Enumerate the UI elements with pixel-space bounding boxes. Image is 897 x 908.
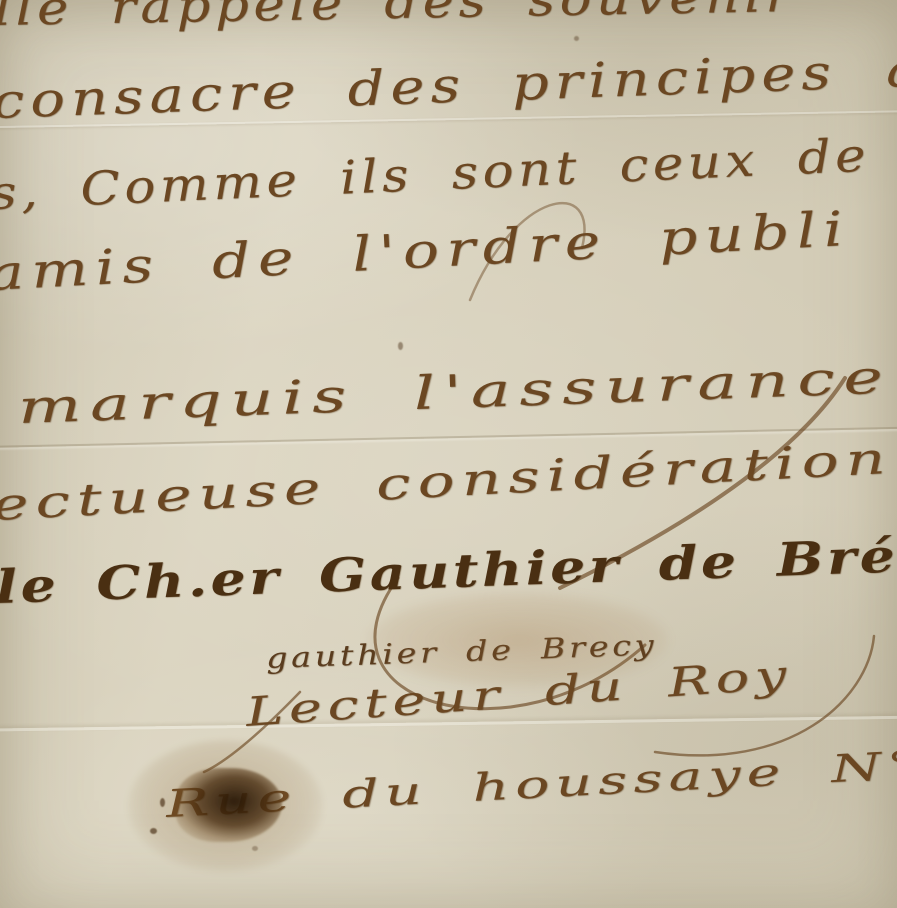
handwriting-line-1: lle rappele des souvenir — [0, 0, 796, 36]
handwriting-line-4: amis de l'ordre publi — [0, 201, 851, 302]
ink-speck — [150, 828, 157, 834]
ink-speck — [574, 36, 579, 41]
handwriting-line-3: s, Comme ils sont ceux de — [0, 128, 871, 220]
ink-blot — [176, 768, 282, 842]
ink-speck — [252, 846, 258, 851]
manuscript-photo: lle rappele des souvenir consacre des pr… — [0, 0, 897, 908]
handwriting-line-6: ectueuse considération — [0, 433, 894, 531]
address-line: Rue du houssaye N° — [165, 742, 897, 826]
signature-line: le Ch.er Gauthier de Brécy — [0, 526, 897, 614]
paper-crease-top — [0, 110, 897, 129]
paper-crease-bottom — [0, 715, 897, 731]
ink-speck — [398, 342, 403, 350]
ink-speck — [160, 798, 165, 807]
title-lecteur-du-roy: Lecteur du Roy — [244, 652, 793, 736]
ink-smudge — [368, 592, 668, 688]
handwriting-line-5: marquis l'assurance — [17, 350, 892, 434]
paper-crease-middle — [0, 426, 897, 448]
pen-flourish-strokes — [0, 0, 897, 908]
ink-blot-halo — [128, 740, 323, 872]
annotation-name: gauthier de Brecy — [265, 628, 657, 675]
handwriting-line-2: consacre des principes q — [0, 41, 897, 130]
